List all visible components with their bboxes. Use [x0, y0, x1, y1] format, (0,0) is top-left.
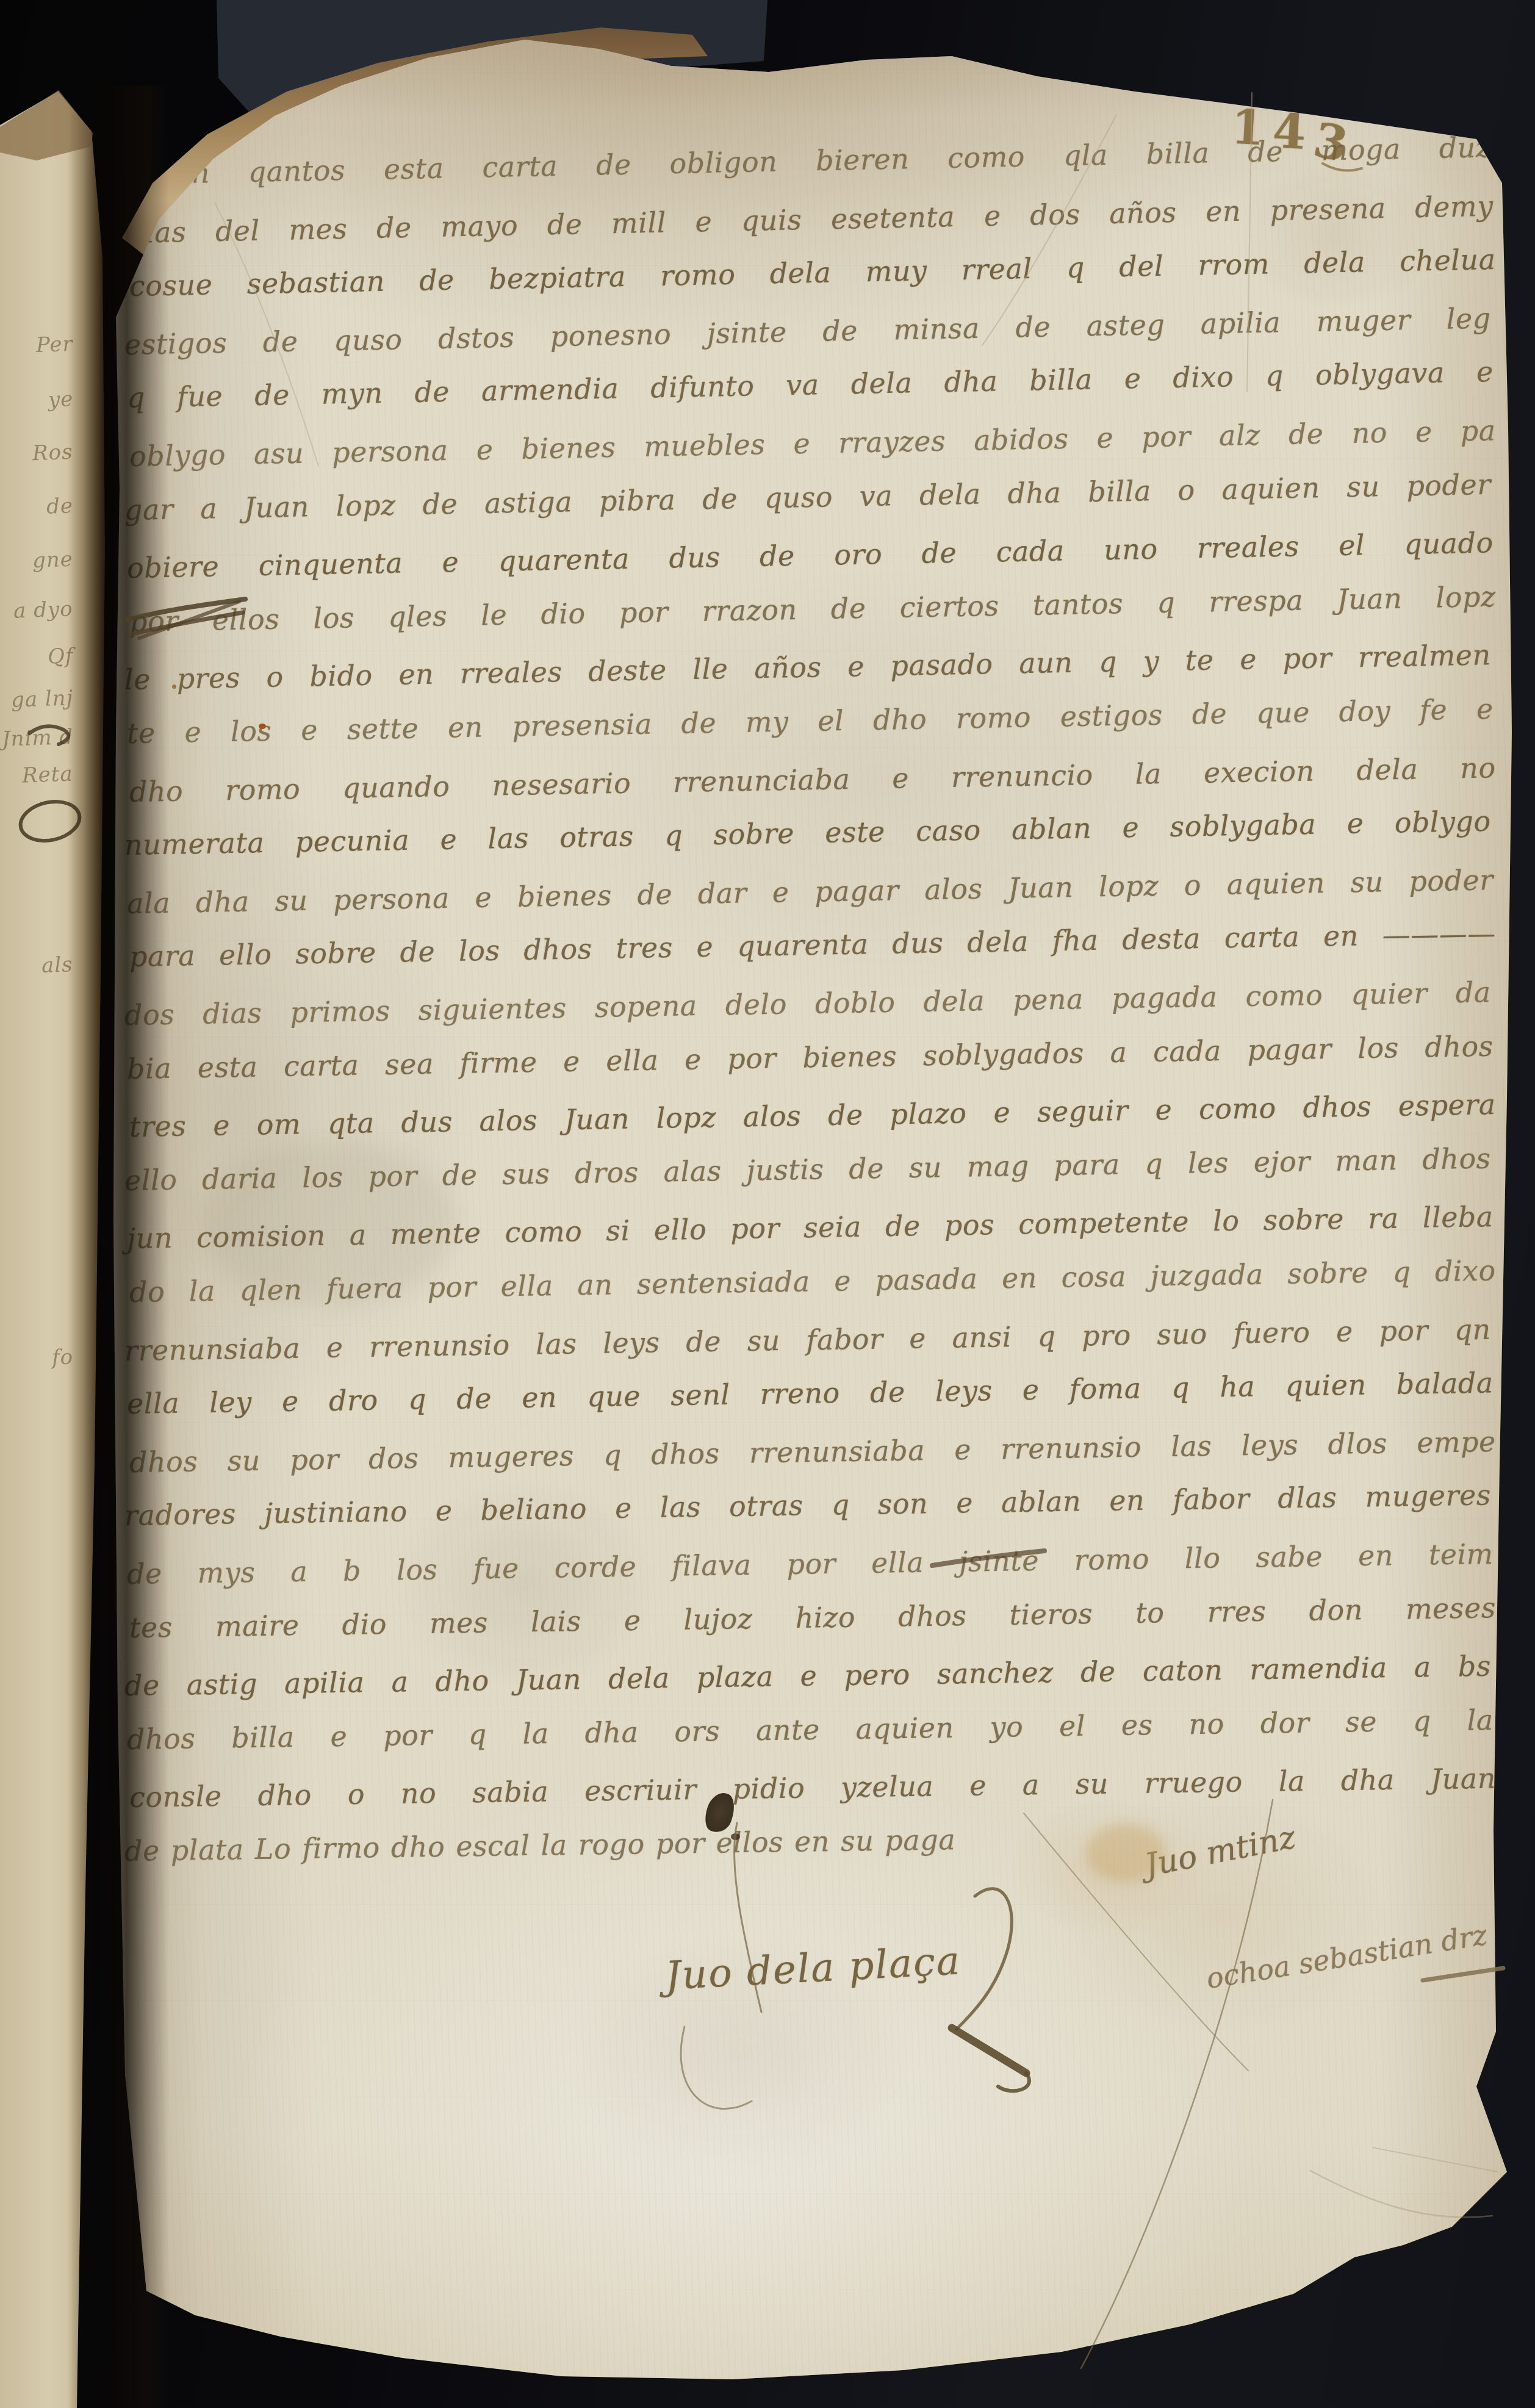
left-page-text-fragment: a dyo [13, 597, 74, 623]
left-page-text-fragment: Ros [32, 440, 74, 465]
main-page: 143 sepan qantos esta carta de obligon b… [98, 24, 1520, 2387]
left-page-text-fragment: fo [51, 1345, 73, 1370]
left-page-text-fragment: Qf [47, 644, 74, 669]
manuscript-line: numerata pecunia e las otras q sobre est… [124, 803, 1491, 863]
manuscript-line: estigos de quso dstos ponesno jsinte de … [124, 300, 1491, 363]
manuscript-line: rrenunsiaba e rrenunsio las leys de su f… [124, 1310, 1492, 1368]
manuscript-line: gar a Juan lopz de astiga pibra de quso … [124, 465, 1491, 528]
manuscript-lines: sepan qantos esta carta de obligon biere… [98, 24, 1520, 2387]
manuscript-line: le pres o bido en rreales deste lle años… [124, 637, 1491, 699]
manuscript-line: tes maire dio mes lais e lujoz hizo dhos… [129, 1589, 1497, 1646]
photo-background: PeryeRosdegnea dyoQfga lnjJnim dRetaalsf… [0, 0, 1535, 2408]
manuscript-line: dhos su por dos mugeres q dhos rrenunsia… [129, 1423, 1497, 1481]
manuscript-line: do la qlen fuera por ella an sentensiada… [129, 1252, 1497, 1310]
manuscript-line: por ellos los qles le dio por rrazon de … [129, 578, 1496, 640]
left-page-circled-scribble [15, 794, 85, 848]
left-page-text-fragment: ga lnj [10, 686, 73, 713]
manuscript-line: tres e om qta dus alos Juan lopz alos de… [129, 1086, 1497, 1145]
left-page-text-fragment: gne [32, 547, 74, 573]
manuscript-line: ala dha su persona e bienes de dar e pag… [126, 861, 1494, 922]
manuscript-line: obiere cinquenta e quarenta dus de oro d… [126, 525, 1494, 587]
manuscript-line: dhos billa e por q la dha ors ante aquie… [127, 1702, 1494, 1758]
manuscript-line: de astig apilia a dho Juan dela plaza e … [124, 1648, 1492, 1704]
manuscript-line: consle dho o no sabia escriuir pidio yze… [129, 1760, 1497, 1816]
manuscript-line: sepan qantos esta carta de obligon biere… [124, 129, 1491, 193]
manuscript-line: de mys a b los fue corde filava por ella… [127, 1536, 1494, 1592]
manuscript-line: para ello sobre de los dhos tres e quare… [129, 915, 1496, 975]
left-page-text-fragment: Per [36, 332, 74, 358]
left-page-text-fragment: als [41, 952, 74, 978]
manuscript-line: dos dias primos siguientes sopena delo d… [124, 974, 1491, 1033]
left-page-text-fragment: Reta [22, 762, 74, 788]
manuscript-line: radores justiniano e beliano e las otras… [124, 1477, 1492, 1534]
manuscript-line: q fue de myn de armendia difunto va dela… [126, 353, 1494, 416]
left-page-fore-edge: PeryeRosdegnea dyoQfga lnjJnim dRetaalsf… [0, 85, 107, 2408]
manuscript-line: dias del mes de mayo de mill e quis eset… [126, 187, 1494, 251]
manuscript-line: dho romo quando nesesario rrenunciaba e … [129, 749, 1496, 810]
manuscript-line: ella ley e dro q de en que senl rreno de… [127, 1365, 1494, 1423]
manuscript-line: bia esta carta sea firme e ella e por bi… [126, 1027, 1494, 1087]
manuscript-line: jun comision a mente como si ello por se… [127, 1198, 1494, 1257]
manuscript-line: de plata Lo firmo dho escal la rogo por … [124, 1821, 956, 1869]
manuscript-line: ello daria los por de sus dros alas just… [124, 1140, 1492, 1199]
manuscript-line: oblygo asu persona e bienes muebles e rr… [129, 412, 1496, 475]
manuscript-line: te e los e sette en presensia de my el d… [126, 691, 1494, 752]
left-page-text-fragment: ye [48, 387, 74, 412]
left-page-text-fragment: Jnim d [1, 725, 74, 752]
left-page-text-fragment: de [46, 494, 73, 519]
manuscript-line: cosue sebastian de bezpiatra romo dela m… [129, 241, 1496, 304]
